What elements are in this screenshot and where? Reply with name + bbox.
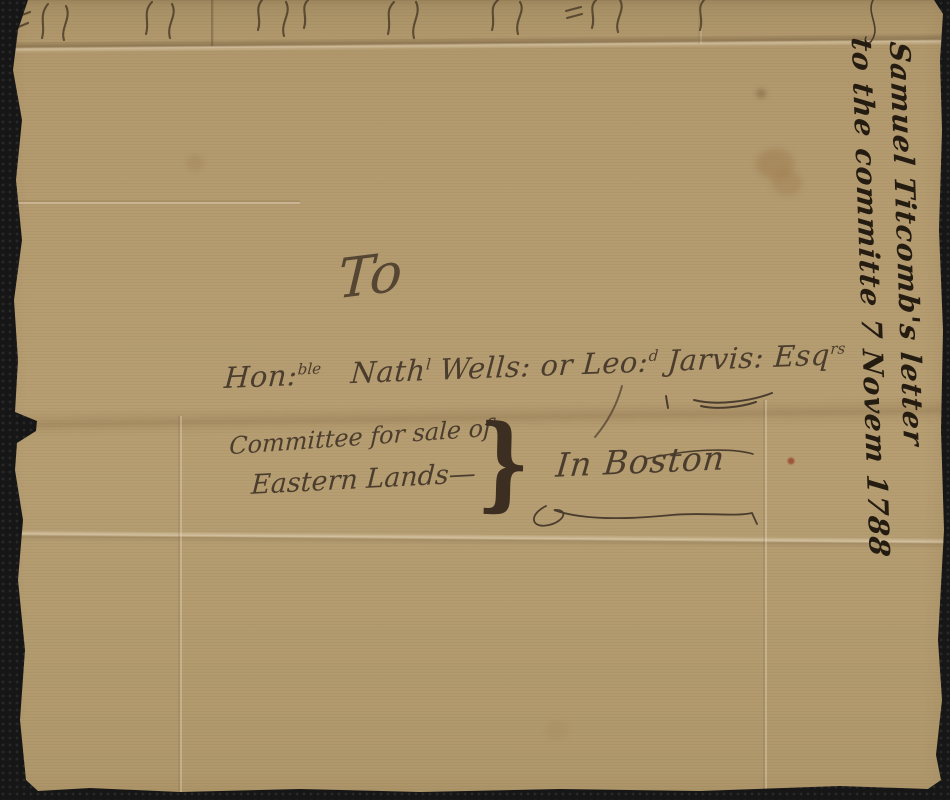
jarvis-descender [595, 386, 622, 437]
addressee-wells: Nath [350, 353, 427, 390]
top-right-flourish [865, 0, 875, 43]
top-fold-crease [0, 34, 950, 55]
destination-in-boston: In Boston [554, 438, 727, 485]
honorific-superscript: ble [297, 360, 322, 379]
stain [184, 153, 206, 173]
stain [542, 718, 572, 742]
gap [320, 383, 350, 384]
addressee-jarvis-rest: Jarvis: [657, 340, 775, 379]
docket-annotation: Samuel Titcomb's letter to the committe … [842, 36, 936, 563]
salutation-to: To [337, 240, 404, 312]
vertical-crease-top [211, 0, 214, 46]
committee-line-2: Eastern Lands— [250, 458, 476, 501]
boston-under-flourish [534, 506, 757, 526]
committee-brace: } [476, 411, 531, 515]
honorific: Hon: [223, 358, 298, 395]
address-line: Hon:bleNathl Wells: or Leo:d Jarvis: Esq… [223, 337, 846, 395]
esquires-superscript: rs [830, 339, 846, 358]
esquires: Esq [773, 338, 831, 374]
stain [769, 168, 805, 198]
vertical-crease-left [178, 416, 183, 800]
stain [752, 146, 798, 182]
vertical-crease-right [763, 400, 768, 800]
vertical-crease-top-right [698, 0, 703, 44]
esqrs-underline [694, 393, 772, 408]
photograph-stage: To Hon:bleNathl Wells: or Leo:d Jarvis: … [0, 0, 950, 800]
letter-paper: To Hon:bleNathl Wells: or Leo:d Jarvis: … [0, 0, 950, 800]
stain [755, 88, 767, 99]
ink-flourishes [0, 0, 950, 800]
left-faint-crease [0, 200, 300, 205]
addressee-jarvis: Leo: [582, 345, 650, 382]
address-stray-tick [666, 396, 668, 408]
addressee-wells-rest: Wells: or [429, 347, 583, 387]
committee-line-1: Committee for sale of [229, 414, 493, 460]
red-speck-stain [787, 457, 795, 465]
lower-fold-crease [0, 530, 950, 551]
cutoff-writing-fragments [14, 0, 704, 40]
